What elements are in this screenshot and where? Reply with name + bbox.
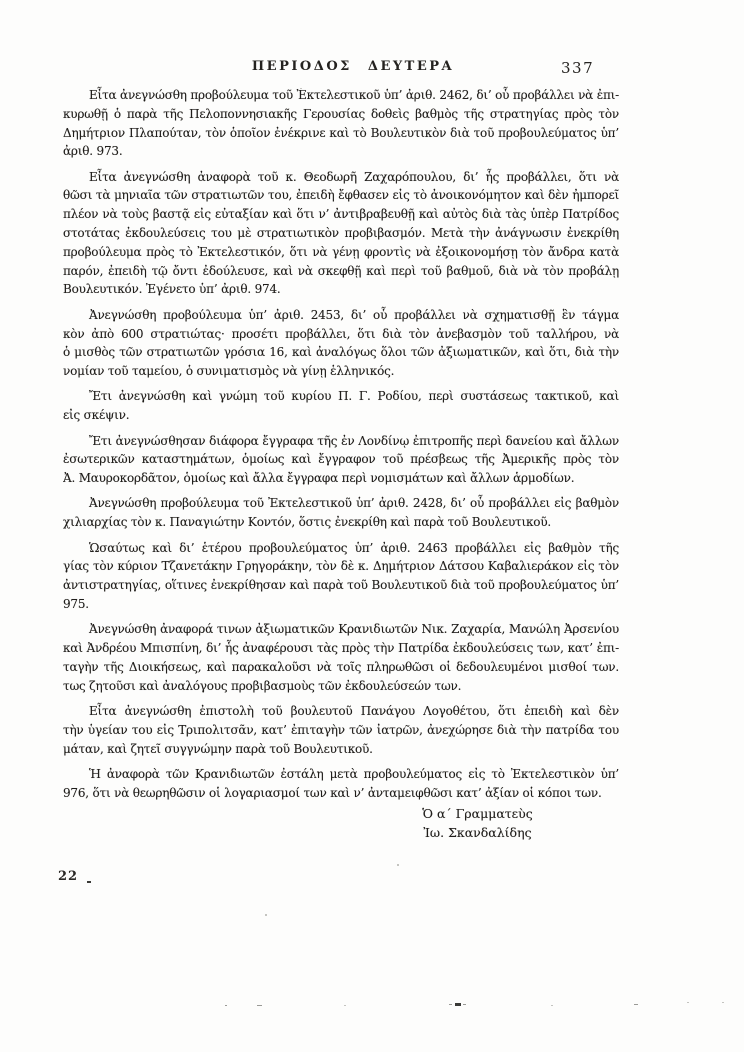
- paragraph: Ἀνεγνώσθη προβούλευμα τοῦ Ἐκτελεστικοῦ ὑ…: [63, 494, 619, 532]
- page-number: 337: [561, 59, 594, 77]
- text-line: ἐσωτερικῶν καταστημάτων, ὁμοίως καὶ ἔγγρ…: [63, 450, 619, 469]
- paragraph: Εἶτα ἀνεγνώσθη προβούλευμα τοῦ Ἐκτελεστι…: [63, 86, 619, 161]
- text-line: χιλιαρχίας τὸν κ. Παναγιώτην Κοντόν, ὅστ…: [63, 513, 619, 532]
- text-line: καὶ Ἀνδρέου Μπισπίνη, δι’ ἧς ἀναφέρουσι …: [63, 639, 619, 658]
- text-line: νομίαν τοῦ ταμείου, ὁ συνιματισμὸς νὰ γί…: [63, 362, 619, 381]
- text-line: Ἡ ἀναφορὰ τῶν Κρανιδιωτῶν ἐστάλη μετὰ πρ…: [63, 765, 619, 784]
- scan-speck: [687, 1002, 689, 1003]
- text-line: μάταν, καὶ ζητεῖ συγγνώμην παρὰ τοῦ Βουλ…: [63, 740, 619, 759]
- text-line: τως ζητοῦσι καὶ ἀναλόγους προβιβασμοὺς τ…: [63, 677, 619, 696]
- paragraph: Ἀνεγνώσθη προβούλευμα ὑπ’ ἀριθ. 2453, δι…: [63, 306, 619, 381]
- text-line: γίας τὸν κύριον Τζανετάκην Γρηγοράκην, τ…: [63, 557, 619, 576]
- paragraph: Ἔτι ἀνεγνώσθησαν διάφορα ἔγγραφα τῆς ἐν …: [63, 432, 619, 488]
- signature-block: Ὁ α΄ Γραμματεὺς Ἰω. Σκανδαλίδης: [385, 804, 570, 842]
- text-line: ὁ μισθὸς τῶν στρατιωτῶν γρόσια 16, καὶ ἀ…: [63, 343, 619, 362]
- text-line: Εἶτα ἀνεγνώσθη ἐπιστολὴ τοῦ βουλευτοῦ Πα…: [63, 702, 619, 721]
- scan-speck: [300, 88, 302, 89]
- scan-speck: [722, 1002, 724, 1003]
- text-line: προβούλευμα πρὸς τὸ Ἐκτελεστικόν, ὅτι νὰ…: [63, 243, 619, 262]
- text-line: κὸν ἀπὸ 600 στρατιώτας· προσέτι προβάλλε…: [63, 325, 619, 344]
- text-line: Ἀνεγνώσθη ἀναφορά τινων ἀξιωματικῶν Κραν…: [63, 620, 619, 639]
- text-line: ταγὴν τῆς Διοικήσεως, καὶ παρακαλοῦσι νὰ…: [63, 658, 619, 677]
- header-title: ΠΕΡΙΟΔΟΣ ΔΕΥΤΕΡΑ: [252, 59, 454, 74]
- scan-speck: [257, 1005, 262, 1006]
- body-text: Εἶτα ἀνεγνώσθη προβούλευμα τοῦ Ἐκτελεστι…: [63, 86, 619, 802]
- scan-speck: [455, 1003, 461, 1006]
- paragraph: Ἀνεγνώσθη ἀναφορά τινων ἀξιωματικῶν Κραν…: [63, 620, 619, 695]
- text-line: πλέον νὰ τοὺς βαστᾷ εἰς εὐταξίαν καὶ ὅτι…: [63, 205, 619, 224]
- scan-speck: [265, 914, 267, 916]
- scan-speck: [449, 1004, 452, 1005]
- folio-number: 22: [58, 869, 78, 884]
- paragraph: Ὡσαύτως καὶ δι’ ἑτέρου προβουλεύματος ὑπ…: [63, 539, 619, 614]
- paragraph: Ἔτι ἀνεγνώσθη καὶ γνώμη τοῦ κυρίου Π. Γ.…: [63, 387, 619, 425]
- paragraph: Ἡ ἀναφορὰ τῶν Κρανιδιωτῶν ἐστάλη μετὰ πρ…: [63, 765, 619, 803]
- document-page: ΠΕΡΙΟΔΟΣ ΔΕΥΤΕΡΑ 337 Εἶτα ἀνεγνώσθη προβ…: [0, 0, 744, 1052]
- scan-speck: [551, 1005, 553, 1006]
- text-line: εἰς σκέψιν.: [63, 406, 619, 425]
- paragraph: Εἶτα ἀνεγνώσθη ἐπιστολὴ τοῦ βουλευτοῦ Πα…: [63, 702, 619, 758]
- scan-speck: [225, 1005, 227, 1006]
- text-line: Ἀνεγνώσθη προβούλευμα ὑπ’ ἀριθ. 2453, δι…: [63, 306, 619, 325]
- scan-speck: [87, 881, 91, 883]
- scan-speck: [344, 1005, 346, 1006]
- text-line: Εἶτα ἀνεγνώσθη ἀναφορὰ τοῦ κ. Θεοδωρῆ Ζα…: [63, 168, 619, 187]
- text-line: Βουλευτικόν. Ἐγένετο ὑπ’ ἀριθ. 974.: [63, 280, 619, 299]
- text-line: θῶσι τὰ μηνιαῖα τῶν στρατιωτῶν του, ἐπει…: [63, 186, 619, 205]
- signature-name: Ἰω. Σκανδαλίδης: [385, 823, 570, 842]
- paragraph: Εἶτα ἀνεγνώσθη ἀναφορὰ τοῦ κ. Θεοδωρῆ Ζα…: [63, 168, 619, 300]
- text-line: τὴν ὑγείαν του εἰς Τριπολιτσᾶν, κατ’ ἐπι…: [63, 721, 619, 740]
- scan-speck: [463, 1004, 466, 1005]
- text-line: Ἀνεγνώσθη προβούλευμα τοῦ Ἐκτελεστικοῦ ὑ…: [63, 494, 619, 513]
- scan-speck: [634, 1004, 638, 1005]
- text-line: Εἶτα ἀνεγνώσθη προβούλευμα τοῦ Ἐκτελεστι…: [63, 86, 619, 105]
- text-line: Δημήτριον Πλαπούταν, τὸν ὁποῖον ἐνέκρινε…: [63, 124, 619, 143]
- text-line: παρόν, ἐπειδὴ τῷ ὄντι ἐδούλευσε, καὶ νὰ …: [63, 262, 619, 281]
- text-line: κυρωθῇ ὁ παρὰ τῆς Πελοποννησιακῆς Γερουσ…: [63, 105, 619, 124]
- signature-title: Ὁ α΄ Γραμματεὺς: [385, 804, 570, 823]
- text-line: ἀριθ. 973.: [63, 142, 619, 161]
- text-line: Ἔτι ἀνεγνώσθησαν διάφορα ἔγγραφα τῆς ἐν …: [63, 432, 619, 451]
- text-line: Ὡσαύτως καὶ δι’ ἑτέρου προβουλεύματος ὑπ…: [63, 539, 619, 558]
- text-line: ἀντιστρατηγίας, οἵτινες ἐνεκρίθησαν καὶ …: [63, 576, 619, 595]
- text-line: 975.: [63, 595, 619, 614]
- scan-speck: [397, 864, 399, 866]
- text-line: στοτάτας ἐκδουλεύσεις του μὲ στρατιωτικὸ…: [63, 224, 619, 243]
- text-line: Ἀ. Μαυροκορδᾶτον, ὁμοίως καὶ ἄλλα ἔγγραφ…: [63, 469, 619, 488]
- running-header: ΠΕΡΙΟΔΟΣ ΔΕΥΤΕΡΑ: [75, 59, 631, 74]
- text-line: 976, ὅτι νὰ θεωρηθῶσιν οἱ λογαριασμοί τω…: [63, 784, 619, 803]
- text-line: Ἔτι ἀνεγνώσθη καὶ γνώμη τοῦ κυρίου Π. Γ.…: [63, 387, 619, 406]
